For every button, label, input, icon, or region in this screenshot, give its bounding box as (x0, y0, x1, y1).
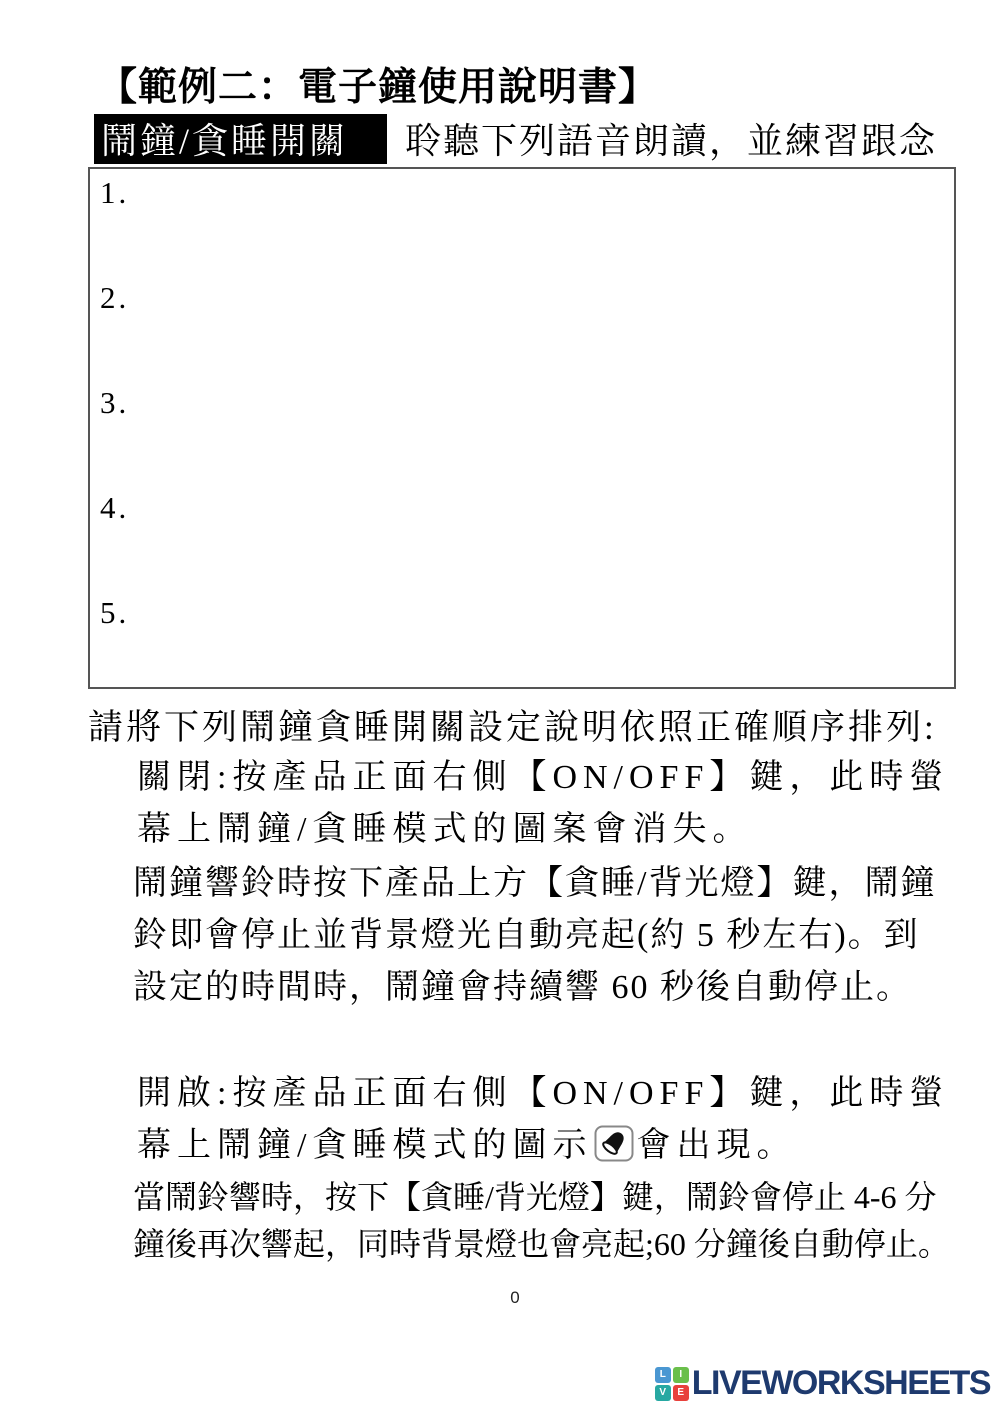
page-title: 【範例二：電子鐘使用說明書】 (98, 56, 658, 112)
section-label: 鬧鐘/貪睡開關 (94, 114, 387, 164)
ordering-prompt: 請將下列鬧鐘貪睡開關設定說明依照正確順序排列: (88, 700, 968, 750)
ordering-option-turn-on[interactable]: 開啟:按產品正面右側【ON/OFF】鍵，此時螢幕上鬧鐘/貪睡模式的圖示 會出現。 (133, 1068, 951, 1172)
practice-slot-5[interactable]: 5. (100, 595, 954, 700)
ordering-option-snooze-repeat[interactable]: 當鬧鈴響時，按下【貪睡/背光燈】鍵，鬧鈴會停止 4-6 分鐘後再次響起，同時背景… (133, 1174, 957, 1268)
logo-square-i: I (673, 1367, 689, 1383)
page-number: 0 (30, 1288, 1000, 1308)
logo-grid-icon: L I V E (655, 1367, 689, 1401)
practice-slot-1[interactable]: 1. (100, 175, 954, 280)
practice-slot-2[interactable]: 2. (100, 280, 954, 385)
option-text-after-icon: 會出現。 (636, 1127, 796, 1164)
practice-slot-4[interactable]: 4. (100, 490, 954, 595)
brand-text: LIVEWORKSHEETS (692, 1364, 990, 1403)
worksheet-page: 【範例二：電子鐘使用說明書】 鬧鐘/貪睡開關 聆聽下列語音朗讀，並練習跟念 1.… (0, 0, 1000, 1415)
liveworksheets-logo[interactable]: L I V E LIVEWORKSHEETS (655, 1364, 990, 1403)
practice-slot-3[interactable]: 3. (100, 385, 954, 490)
section-header: 鬧鐘/貪睡開關 聆聽下列語音朗讀，並練習跟念 (94, 113, 937, 164)
ordering-option-ring-snooze-stop[interactable]: 鬧鐘響鈴時按下產品上方【貪睡/背光燈】鍵，鬧鐘鈴即會停止並背景燈光自動亮起(約 … (133, 858, 951, 1014)
option-text-before-icon: 開啟:按產品正面右側【ON/OFF】鍵，此時螢幕上鬧鐘/貪睡模式的圖示 (137, 1075, 949, 1164)
logo-square-l: L (655, 1367, 671, 1383)
section-instruction: 聆聽下列語音朗讀，並練習跟念 (405, 113, 937, 164)
practice-box: 1. 2. 3. 4. 5. (88, 167, 956, 689)
logo-square-v: V (655, 1385, 671, 1401)
ordering-option-turn-off[interactable]: 關閉:按產品正面右側【ON/OFF】鍵，此時螢幕上鬧鐘/貪睡模式的圖案會消失。 (133, 752, 951, 856)
logo-square-e: E (673, 1385, 689, 1401)
alarm-bell-icon (594, 1125, 634, 1162)
